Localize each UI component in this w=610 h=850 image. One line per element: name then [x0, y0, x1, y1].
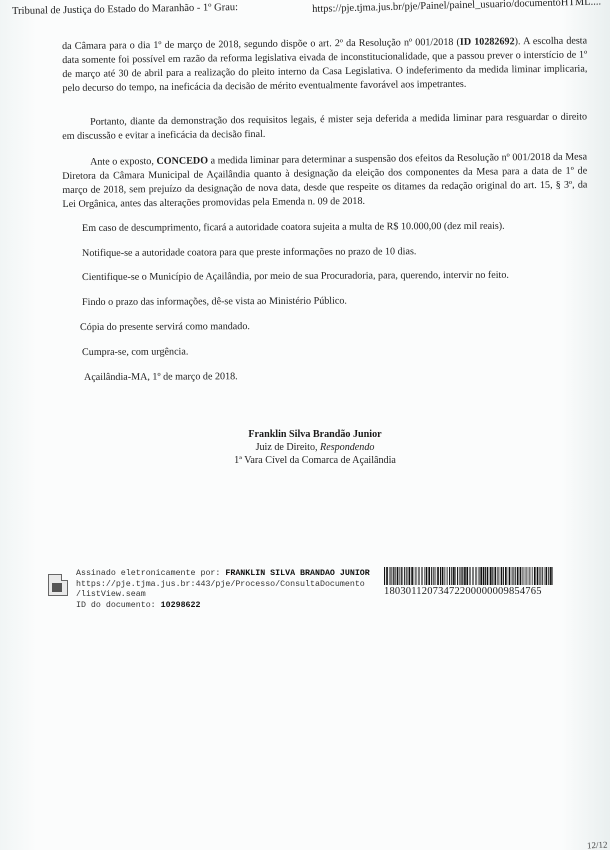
- signer-role-text: Juiz de Direito,: [256, 442, 320, 453]
- doc-id-value: 10298622: [161, 601, 201, 610]
- paragraph-3: Ante o exposto, CONCEDO a medida liminar…: [62, 151, 588, 212]
- signer-role-italic: Respondendo: [320, 442, 374, 453]
- verification-url: https://pje.tjma.jus.br:443/pje/Processo…: [76, 580, 370, 591]
- document-id-reference: ID 10282692: [460, 36, 515, 48]
- paragraph-2: Portanto, diante da demonstração dos req…: [62, 111, 587, 144]
- barcode-number: 18030112073472200000009854765: [384, 586, 559, 597]
- signer-court: 1ª Vara Cível da Comarca de Açailândia: [200, 454, 430, 467]
- signer-role: Juiz de Direito, Respondendo: [200, 441, 430, 454]
- line-date: Açailândia-MA, 1º de março de 2018.: [84, 371, 238, 383]
- paragraph-1-text: da Câmara para o dia 1º de março de 2018…: [62, 37, 460, 52]
- signed-by-name: FRANKLIN SILVA BRANDAO JUNIOR: [225, 569, 369, 578]
- document-icon: [48, 574, 68, 596]
- header-url: https://pje.tjma.jus.br/pje/Painel/paine…: [312, 0, 601, 15]
- signature-block: Franklin Silva Brandão Junior Juiz de Di…: [200, 428, 430, 467]
- paragraph-3-text: Ante o exposto,: [90, 156, 157, 168]
- line-municipality: Cientifique-se o Município de Açailândia…: [82, 270, 509, 283]
- barcode: [384, 567, 554, 585]
- line-ministry: Findo o prazo das informações, dê-se vis…: [82, 296, 347, 308]
- line-copy: Cópia do presente servirá como mandado.: [80, 321, 250, 333]
- line-urgency: Cumpra-se, com urgência.: [82, 346, 188, 358]
- verification-url-cont: /listView.seam: [76, 590, 370, 601]
- paragraph-1: da Câmara para o dia 1º de março de 2018…: [62, 35, 588, 96]
- header-court: Tribunal de Justiça do Estado do Maranhã…: [12, 2, 238, 17]
- line-penalty: Em caso de descumprimento, ficará a auto…: [82, 221, 505, 234]
- decision-keyword: CONCEDO: [156, 155, 208, 167]
- page-number-fragment: 12/12: [587, 839, 608, 850]
- paragraph-2-text: Portanto, diante da demonstração dos req…: [62, 111, 587, 144]
- stamp-text: Assinado eletronicamente por: FRANKLIN S…: [76, 569, 370, 611]
- doc-id-label: ID do documento:: [76, 601, 161, 610]
- signer-name: Franklin Silva Brandão Junior: [200, 428, 430, 441]
- line-notify: Notifique-se a autoridade coatora para q…: [82, 246, 416, 259]
- signed-by-label: Assinado eletronicamente por:: [76, 569, 225, 578]
